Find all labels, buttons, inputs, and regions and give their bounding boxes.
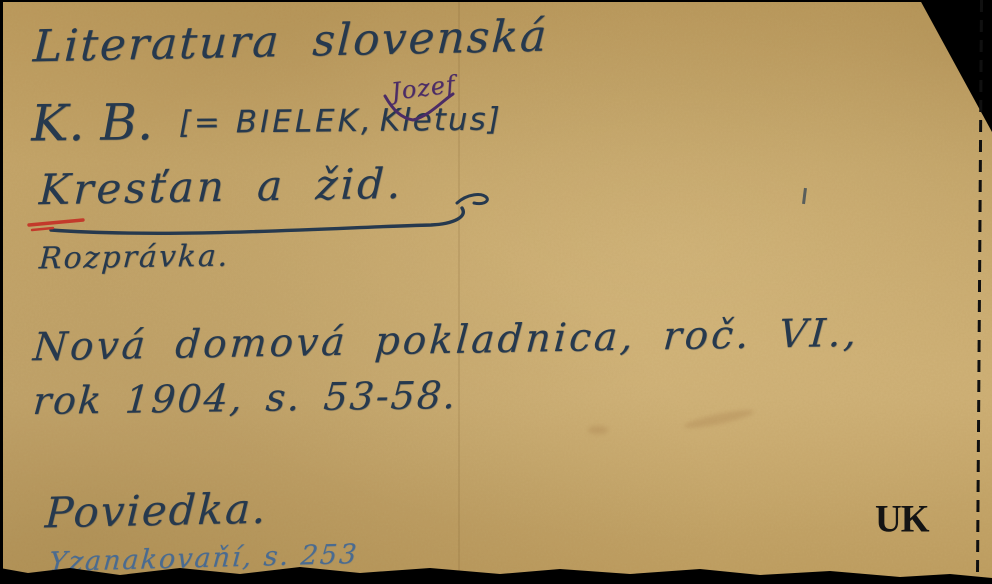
torn-bottom-edge [0,562,992,584]
pencil-smudge [588,426,608,434]
form-line: Poviedka. [44,484,269,538]
source-line-1: Nová domová pokladnica, roč. VI., [31,311,860,370]
scan-edge-left [0,0,3,584]
classification-line: Literatura slovenská [32,11,550,73]
insertion-caret-icon [379,90,469,130]
stray-ink-mark [802,188,807,204]
author-expansion: [= BIELEK, [179,103,374,141]
title-underline [25,182,515,244]
pencil-smudge [683,407,756,432]
catalog-card: Literatura slovenská K. B.[= BIELEK,Klet… [3,2,992,584]
author-initials: K. B. [31,93,153,152]
genre-line: Rozprávka. [38,239,230,277]
source-line-2: rok 1904, s. 53-58. [31,373,459,423]
scan-edge-top [0,0,992,2]
library-stamp: UK [875,497,929,542]
scanned-card-image: Literatura slovenská K. B.[= BIELEK,Klet… [0,0,992,584]
